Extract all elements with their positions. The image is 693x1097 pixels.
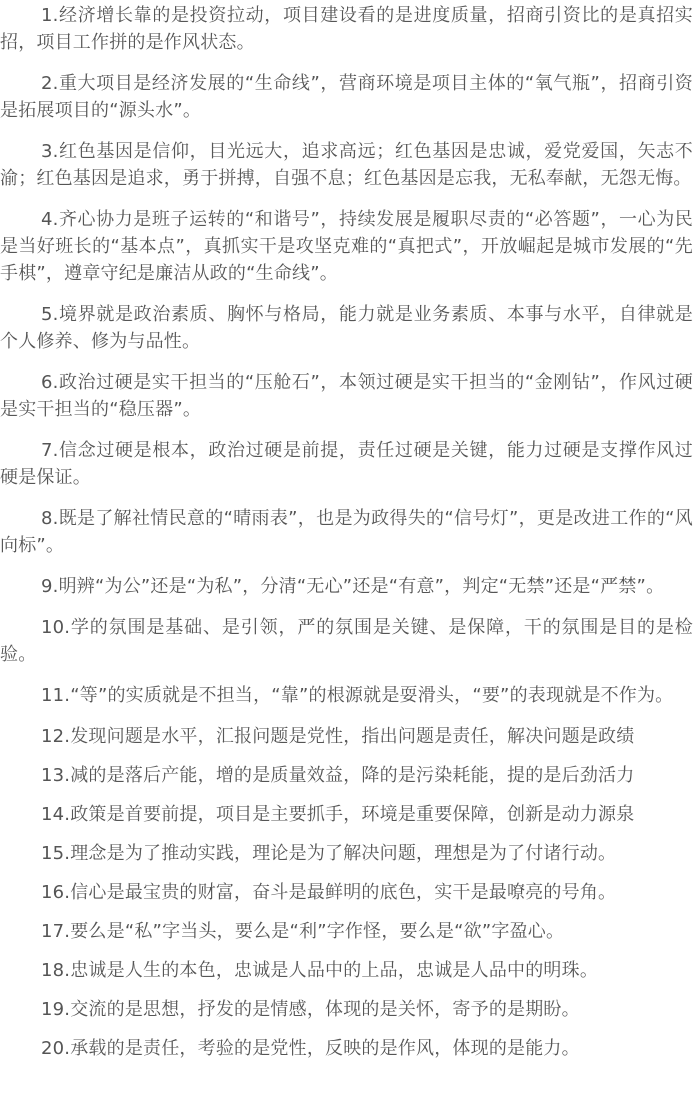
item-number: 4. (41, 209, 59, 230)
item-number: 9. (41, 576, 59, 597)
paragraph-9: 9.明辨“为公”还是“为私”，分清“无心”还是“有意”，判定“无禁”还是“严禁”… (0, 573, 693, 600)
item-number: 11. (41, 685, 70, 706)
item-text: 学的氛围是基础、是引领，严的氛围是关键、是保障，干的氛围是目的是检验。 (0, 617, 693, 665)
item-text: 境界就是政治素质、胸怀与格局，能力就是业务素质、本事与水平，自律就是个人修养、修… (0, 304, 693, 352)
item-text: 承载的是责任，考验的是党性，反映的是作风，体现的是能力。 (70, 1038, 580, 1059)
item-number: 8. (41, 508, 59, 529)
paragraph-4: 4.齐心协力是班子运转的“和谐号”，持续发展是履职尽责的“必答题”，一心为民是当… (0, 206, 693, 287)
paragraph-11: 11.“等”的实质就是不担当，“靠”的根源就是耍滑头，“要”的表现就是不作为。 (0, 682, 693, 709)
paragraph-7: 7.信念过硬是根本，政治过硬是前提，责任过硬是关键，能力过硬是支撑作风过硬是保证… (0, 437, 693, 491)
paragraph-18: 18.忠诚是人生的本色，忠诚是人品中的上品，忠诚是人品中的明珠。 (0, 957, 693, 984)
item-number: 16. (41, 882, 70, 903)
item-number: 17. (41, 921, 70, 942)
item-number: 2. (41, 73, 59, 94)
item-text: 发现问题是水平，汇报问题是党性，指出问题是责任，解决问题是政绩 (70, 726, 634, 747)
item-number: 14. (41, 804, 70, 825)
item-text: 交流的是思想，抒发的是情感，体现的是关怀，寄予的是期盼。 (70, 999, 580, 1020)
paragraph-3: 3.红色基因是信仰，目光远大，追求高远；红色基因是忠诚，爱党爱国，矢志不渝；红色… (0, 138, 693, 192)
item-text: 重大项目是经济发展的“生命线”，营商环境是项目主体的“氧气瓶”，招商引资是拓展项… (0, 73, 693, 121)
item-number: 19. (41, 999, 70, 1020)
item-text: 信心是最宝贵的财富，奋斗是最鲜明的底色，实干是最嘹亮的号角。 (70, 882, 616, 903)
item-number: 7. (41, 440, 59, 461)
item-number: 12. (41, 726, 70, 747)
item-text: 经济增长靠的是投资拉动，项目建设看的是进度质量，招商引资比的是真招实招，项目工作… (0, 5, 693, 53)
item-text: 红色基因是信仰，目光远大，追求高远；红色基因是忠诚，爱党爱国，矢志不渝；红色基因… (0, 141, 693, 189)
item-text: 理念是为了推动实践，理论是为了解决问题，理想是为了付诸行动。 (70, 843, 616, 864)
item-number: 15. (41, 843, 70, 864)
paragraph-13: 13.减的是落后产能，增的是质量效益，降的是污染耗能，提的是后劲活力 (0, 762, 693, 789)
paragraph-14: 14.政策是首要前提，项目是主要抓手，环境是重要保障，创新是动力源泉 (0, 801, 693, 828)
paragraph-19: 19.交流的是思想，抒发的是情感，体现的是关怀，寄予的是期盼。 (0, 996, 693, 1023)
paragraph-1: 1.经济增长靠的是投资拉动，项目建设看的是进度质量，招商引资比的是真招实招，项目… (0, 2, 693, 56)
item-text: 政策是首要前提，项目是主要抓手，环境是重要保障，创新是动力源泉 (70, 804, 634, 825)
paragraph-17: 17.要么是“私”字当头，要么是“利”字作怪，要么是“欲”字盈心。 (0, 918, 693, 945)
item-number: 3. (41, 141, 59, 162)
item-number: 10. (41, 617, 70, 638)
item-text: “等”的实质就是不担当，“靠”的根源就是耍滑头，“要”的表现就是不作为。 (70, 685, 673, 706)
item-number: 6. (41, 372, 59, 393)
paragraph-6: 6.政治过硬是实干担当的“压舱石”，本领过硬是实干担当的“金刚钻”，作风过硬是实… (0, 369, 693, 423)
item-text: 忠诚是人生的本色，忠诚是人品中的上品，忠诚是人品中的明珠。 (70, 960, 598, 981)
item-text: 要么是“私”字当头，要么是“利”字作怪，要么是“欲”字盈心。 (70, 921, 564, 942)
item-text: 信念过硬是根本，政治过硬是前提，责任过硬是关键，能力过硬是支撑作风过硬是保证。 (0, 440, 693, 488)
document-body: 1.经济增长靠的是投资拉动，项目建设看的是进度质量，招商引资比的是真招实招，项目… (0, 0, 693, 1062)
item-number: 5. (41, 304, 59, 325)
item-text: 明辨“为公”还是“为私”，分清“无心”还是“有意”，判定“无禁”还是“严禁”。 (59, 576, 665, 597)
item-text: 减的是落后产能，增的是质量效益，降的是污染耗能，提的是后劲活力 (70, 765, 634, 786)
item-number: 18. (41, 960, 70, 981)
item-text: 齐心协力是班子运转的“和谐号”，持续发展是履职尽责的“必答题”，一心为民是当好班… (0, 209, 693, 284)
paragraph-20: 20.承载的是责任，考验的是党性，反映的是作风，体现的是能力。 (0, 1035, 693, 1062)
paragraph-2: 2.重大项目是经济发展的“生命线”，营商环境是项目主体的“氧气瓶”，招商引资是拓… (0, 70, 693, 124)
paragraph-12: 12.发现问题是水平，汇报问题是党性，指出问题是责任，解决问题是政绩 (0, 723, 693, 750)
paragraph-10: 10.学的氛围是基础、是引领，严的氛围是关键、是保障，干的氛围是目的是检验。 (0, 614, 693, 668)
item-text: 既是了解社情民意的“晴雨表”，也是为政得失的“信号灯”，更是改进工作的“风向标”… (0, 508, 693, 556)
item-number: 20. (41, 1038, 70, 1059)
paragraph-8: 8.既是了解社情民意的“晴雨表”，也是为政得失的“信号灯”，更是改进工作的“风向… (0, 505, 693, 559)
paragraph-16: 16.信心是最宝贵的财富，奋斗是最鲜明的底色，实干是最嘹亮的号角。 (0, 879, 693, 906)
item-number: 1. (41, 5, 59, 26)
item-number: 13. (41, 765, 70, 786)
item-text: 政治过硬是实干担当的“压舱石”，本领过硬是实干担当的“金刚钻”，作风过硬是实干担… (0, 372, 693, 420)
paragraph-5: 5.境界就是政治素质、胸怀与格局，能力就是业务素质、本事与水平，自律就是个人修养… (0, 301, 693, 355)
paragraph-15: 15.理念是为了推动实践，理论是为了解决问题，理想是为了付诸行动。 (0, 840, 693, 867)
